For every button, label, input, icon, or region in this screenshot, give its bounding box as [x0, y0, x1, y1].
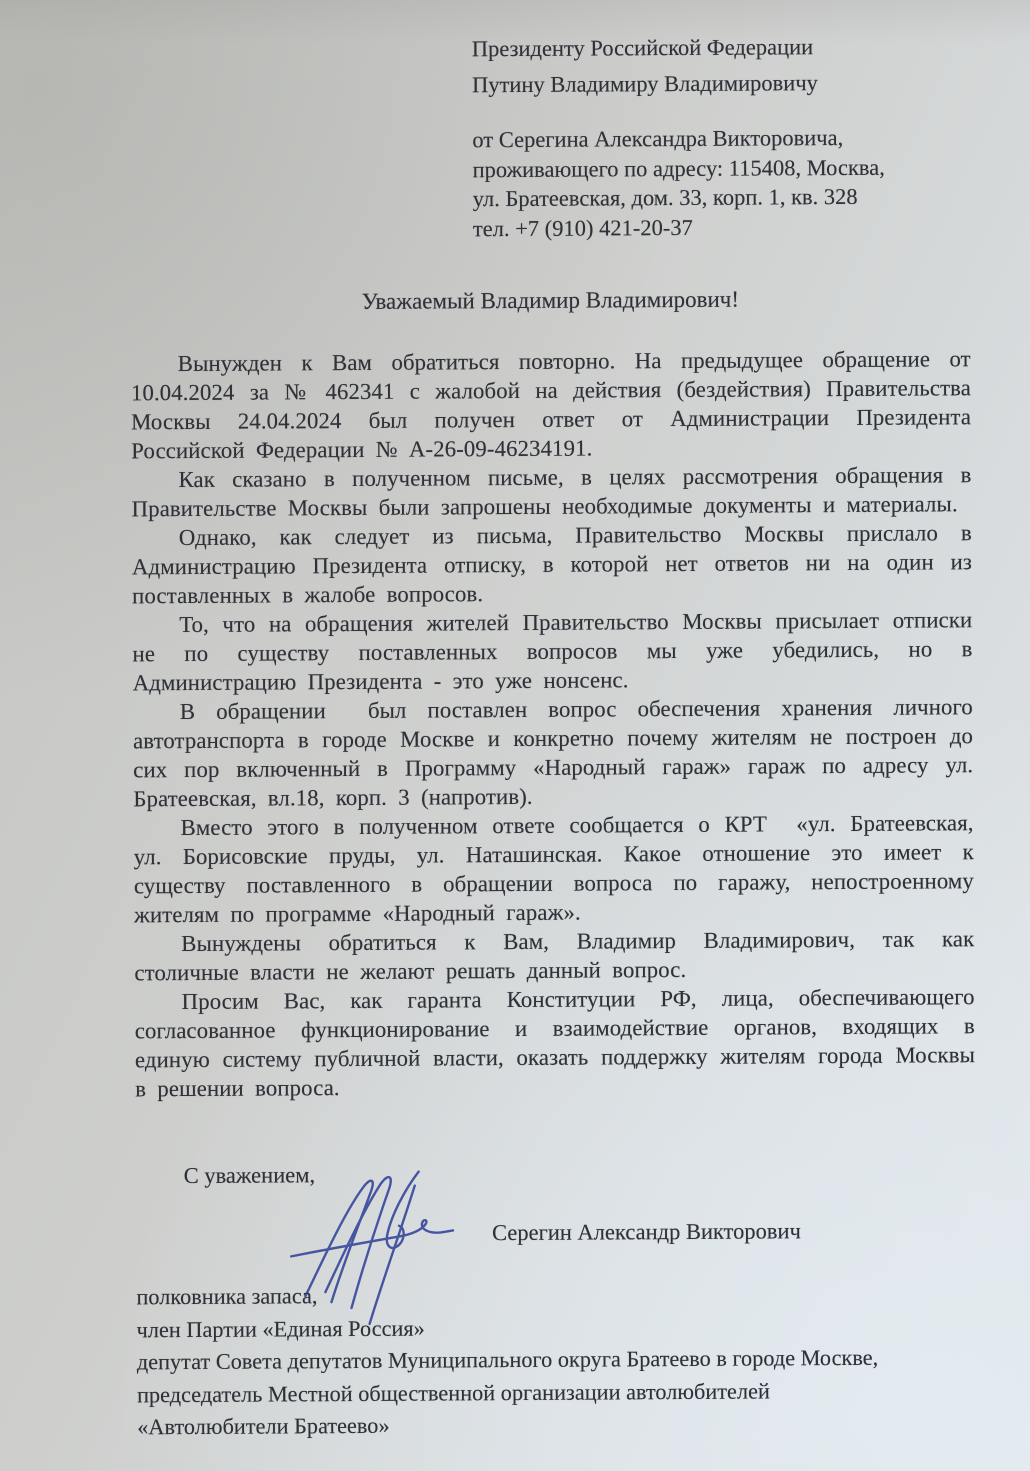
sender-line: от Серегина Александра Викторовича, [472, 122, 972, 155]
recipient-line: Президенту Российской Федерации [472, 28, 972, 67]
signer-title-line: председатель Местной общественной органи… [137, 1374, 997, 1412]
paragraph: В обращении был поставлен вопрос обеспеч… [133, 692, 974, 813]
paragraph: Однако, как следует из письма, Правитель… [132, 518, 973, 610]
signer-title-line: полковника запаса, [136, 1276, 996, 1314]
paragraph: Как сказано в полученном письме, в целях… [131, 460, 971, 523]
signer-title-line: депутат Совета депутатов Муниципального … [137, 1341, 997, 1379]
signature-name: Серегин Александр Викторович [492, 1218, 801, 1246]
signer-title-line: «Автолюбители Братеево» [137, 1406, 997, 1444]
recipient-block: Президенту Российской Федерации Путину В… [472, 28, 972, 103]
letter-body: Вынужден к Вам обратиться повторно. На п… [131, 344, 976, 1103]
paragraph: Вынуждены обратиться к Вам, Владимир Вла… [134, 924, 974, 987]
recipient-line: Путину Владимиру Владимировичу [472, 64, 972, 103]
signer-title-line: член Партии «Единая Россия» [137, 1309, 997, 1347]
paragraph: Вместо этого в полученном ответе сообщае… [133, 808, 974, 929]
sender-line: ул. Братеевская, дом. 33, корп. 1, кв. 3… [473, 181, 973, 214]
paragraph: Просим Вас, как гаранта Конституции РФ, … [135, 982, 976, 1103]
sender-line: тел. +7 (910) 421-20-37 [473, 211, 973, 244]
scanned-letter-photo: Президенту Российской Федерации Путину В… [0, 0, 1030, 1471]
sender-block: от Серегина Александра Викторовича, прож… [472, 122, 973, 243]
salutation: Уважаемый Владимир Владимирович! [130, 285, 970, 316]
letter-page: Президенту Российской Федерации Путину В… [0, 0, 1030, 1471]
address-block: Президенту Российской Федерации Путину В… [472, 28, 973, 243]
paragraph: То, что на обращения жителей Правительст… [132, 605, 973, 697]
sender-line: проживающего по адресу: 115408, Москва, [472, 152, 972, 185]
signer-titles-block: полковника запаса, член Партии «Единая Р… [136, 1276, 997, 1444]
paragraph: Вынужден к Вам обратиться повторно. На п… [131, 344, 972, 465]
